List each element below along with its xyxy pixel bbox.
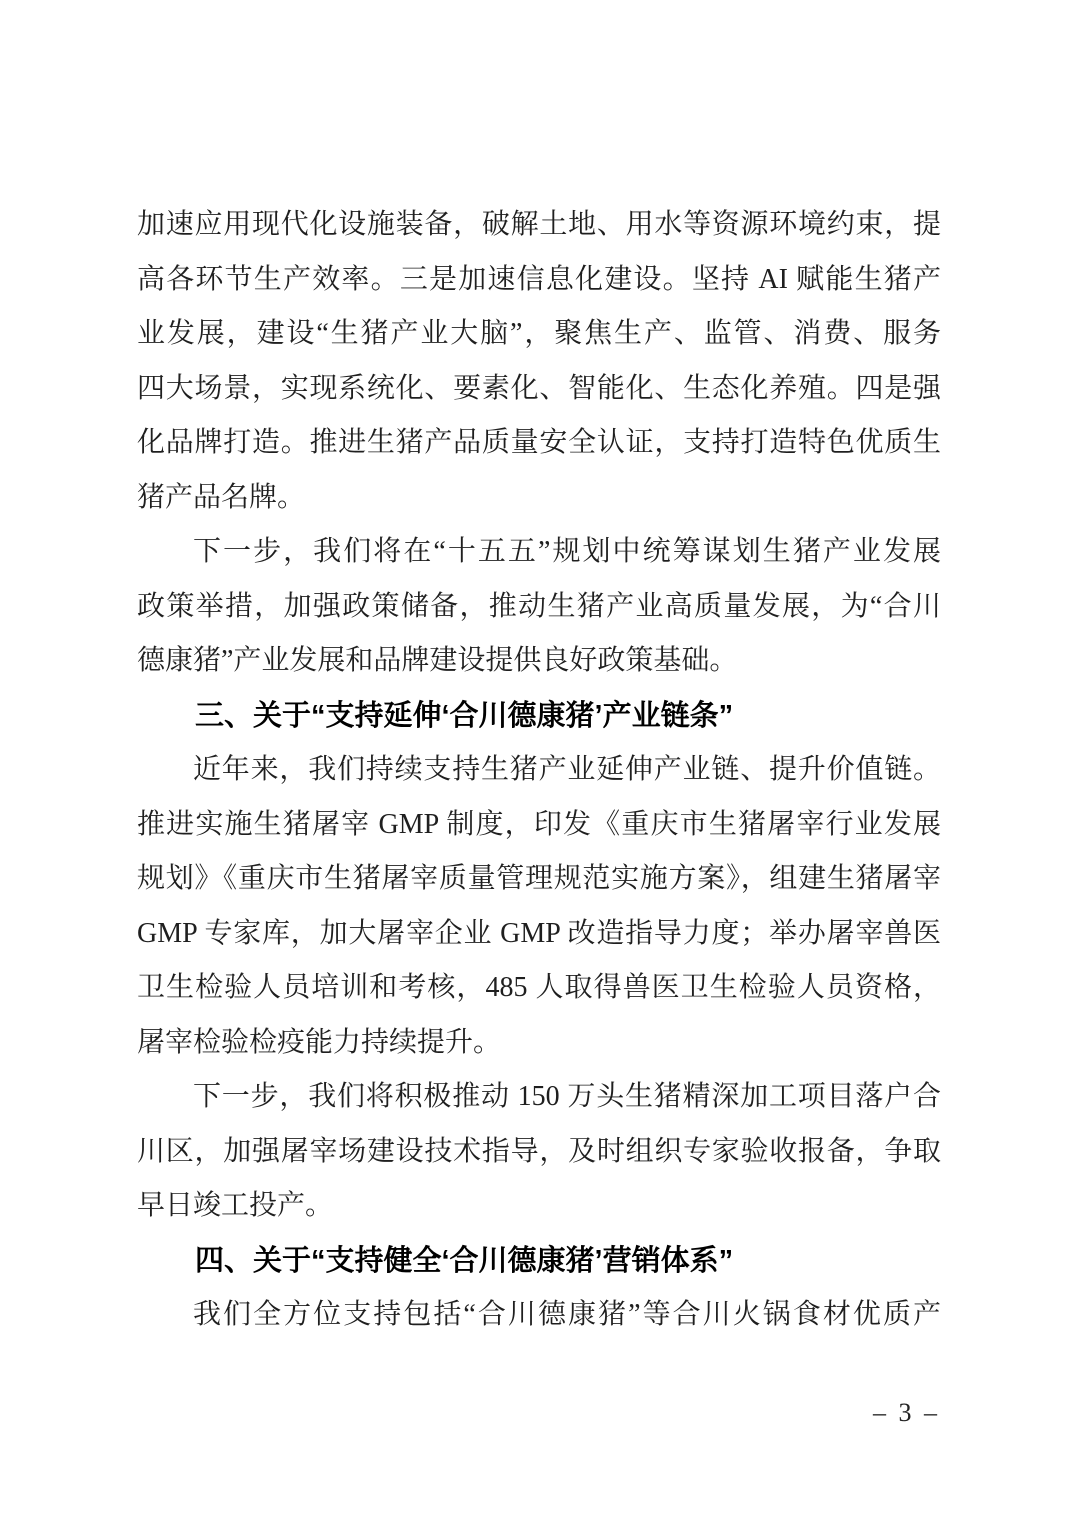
page-number: – 3 –: [873, 1398, 940, 1428]
section-heading-three: 三、关于“支持延伸‘合川德康猪’产业链条”: [137, 689, 941, 744]
text-line: 高各环节生产效率。三是加速信息化建设。坚持 AI 赋能生猪产: [137, 253, 941, 308]
text-line: 我们全方位支持包括“合川德康猪”等合川火锅食材优质产: [137, 1288, 941, 1343]
text-line: 下一步，我们将在“十五五”规划中统筹谋划生猪产业发展: [137, 525, 941, 580]
text-line: 川区，加强屠宰场建设技术指导，及时组织专家验收报备，争取: [137, 1125, 941, 1180]
text-line: 政策举措，加强政策储备，推动生猪产业高质量发展，为“合川: [137, 580, 941, 635]
text-line: 化品牌打造。推进生猪产品质量安全认证，支持打造特色优质生: [137, 416, 941, 471]
document-page: 加速应用现代化设施装备，破解土地、用水等资源环境约束，提 高各环节生产效率。三是…: [0, 0, 1074, 1520]
text-line: 早日竣工投产。: [137, 1179, 941, 1234]
text-line: 四大场景，实现系统化、要素化、智能化、生态化养殖。四是强: [137, 362, 941, 417]
text-line: 下一步，我们将积极推动 150 万头生猪精深加工项目落户合: [137, 1070, 941, 1125]
text-line: 业发展，建设“生猪产业大脑”，聚焦生产、监管、消费、服务: [137, 307, 941, 362]
section-heading-four: 四、关于“支持健全‘合川德康猪’营销体系”: [137, 1234, 941, 1289]
text-line: GMP 专家库，加大屠宰企业 GMP 改造指导力度；举办屠宰兽医: [137, 907, 941, 962]
text-line: 推进实施生猪屠宰 GMP 制度，印发《重庆市生猪屠宰行业发展: [137, 798, 941, 853]
text-line: 卫生检验人员培训和考核，485 人取得兽医卫生检验人员资格，: [137, 961, 941, 1016]
text-line: 猪产品名牌。: [137, 471, 941, 526]
document-body: 加速应用现代化设施装备，破解土地、用水等资源环境约束，提 高各环节生产效率。三是…: [137, 198, 941, 1343]
text-line: 加速应用现代化设施装备，破解土地、用水等资源环境约束，提: [137, 198, 941, 253]
text-line: 近年来，我们持续支持生猪产业延伸产业链、提升价值链。: [137, 743, 941, 798]
text-line: 屠宰检验检疫能力持续提升。: [137, 1016, 941, 1071]
text-line: 规划》《重庆市生猪屠宰质量管理规范实施方案》，组建生猪屠宰: [137, 852, 941, 907]
text-line: 德康猪”产业发展和品牌建设提供良好政策基础。: [137, 634, 941, 689]
